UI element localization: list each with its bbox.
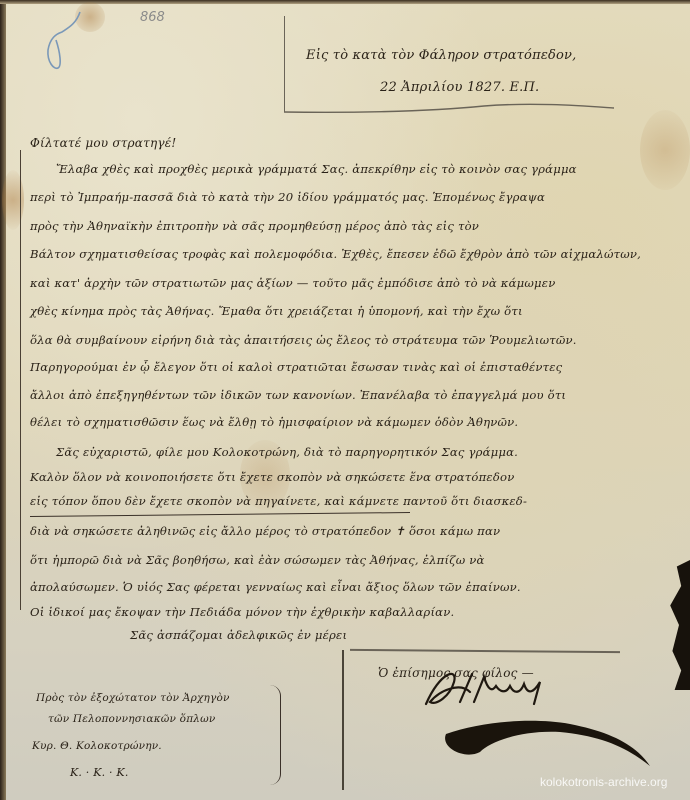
header-bracket <box>284 16 615 112</box>
signature-rule <box>350 649 620 653</box>
body-line: ὅτι ἠμπορῶ διὰ νὰ Σᾶς βοηθήσω, καὶ ἐὰν σ… <box>30 553 485 567</box>
salutation: Φίλτατέ μου στρατηγέ! <box>30 136 176 150</box>
body-line: Βάλτον σχηματισθείσας τροφὰς καὶ πολεμοφ… <box>30 247 641 261</box>
address-bracket <box>270 685 281 785</box>
text-underline <box>30 512 410 517</box>
letter-place: Εἰς τὸ κατὰ τὸν Φάληρον στρατόπεδον, <box>306 48 577 63</box>
stain <box>640 110 690 190</box>
body-line: διὰ νὰ σηκώσετε ἀληθινῶς εἰς ἄλλο μέρος … <box>30 524 500 538</box>
letter-date: 22 Ἀπριλίου 1827. Ε.Π. <box>380 80 539 95</box>
margin-bracket <box>20 150 29 610</box>
body-line: περὶ τὸ Ἰμπραήμ-πασσᾶ διὰ τὸ κατὰ τὴν 20… <box>30 190 545 204</box>
body-line: εἰς τόπον ὅπου δὲν ἔχετε σκοπὸν νὰ πηγαί… <box>30 494 527 508</box>
letter-page: 868 Εἰς τὸ κατὰ τὸν Φάληρον στρατόπεδον,… <box>0 0 690 800</box>
address-line: Κ. · Κ. · Κ. <box>70 766 129 779</box>
body-line: Σᾶς εὐχαριστῶ, φίλε μου Κολοκοτρώνη, διὰ… <box>56 445 518 459</box>
body-line: ὅλα θὰ συμβαίνουν εἰρήνη διὰ τὰς ἀπαιτήσ… <box>30 333 577 347</box>
address-line: Κυρ. Θ. Κολοκοτρώνην. <box>32 740 162 752</box>
torn-edge <box>668 560 690 690</box>
closing: Σᾶς ἀσπάζομαι ἀδελφικῶς ἐν μέρει <box>130 628 347 642</box>
body-line: Οἱ ἰδικοί μας ἔκοψαν τὴν Πεδιάδα μόνον τ… <box>30 605 454 619</box>
header-underline <box>284 100 614 114</box>
body-line: ἀπολαύσωμεν. Ὁ υἱός Σας φέρεται γενναίως… <box>30 580 521 594</box>
body-line: Ἔλαβα χθὲς καὶ προχθὲς μερικὰ γράμματά Σ… <box>56 162 577 176</box>
page-edge <box>0 0 690 4</box>
page-edge <box>0 0 6 800</box>
body-line: Καλὸν ὅλον νὰ κοινοποιήσετε ὅτι ἔχετε σκ… <box>30 470 514 484</box>
body-line: πρὸς τὴν Ἀθηναϊκὴν ἐπιτροπὴν νὰ σᾶς προμ… <box>30 219 479 233</box>
blue-pencil-mark-icon <box>38 10 88 70</box>
body-line: Παρηγορούμαι ἐν ᾧ ἔλεγον ὅτι οἱ καλοὶ στ… <box>30 360 562 374</box>
signature-flourish-icon <box>410 662 660 772</box>
column-divider <box>342 650 344 790</box>
body-line: ἄλλοι ἀπὸ ἐπεξηγηθέντων τῶν ἰδικῶν των κ… <box>30 388 566 402</box>
body-line: καὶ κατ' ἀρχὴν τῶν στρατιωτῶν μας ἀξίων … <box>30 276 555 290</box>
body-line: θέλει τὸ σχηματισθῶσιν ἕως νὰ ἔλθῃ τὸ ἡμ… <box>30 415 518 429</box>
archive-number: 868 <box>140 10 165 25</box>
address-line: Πρὸς τὸν ἐξοχώτατον τὸν Ἀρχηγὸν <box>36 692 230 704</box>
archive-watermark: kolokotronis-archive.org <box>540 775 667 789</box>
body-line: χθὲς κίνημα πρὸς τὰς Ἀθήνας. Ἔμαθα ὅτι χ… <box>30 304 523 318</box>
address-line: τῶν Πελοποννησιακῶν ὅπλων <box>48 713 216 725</box>
